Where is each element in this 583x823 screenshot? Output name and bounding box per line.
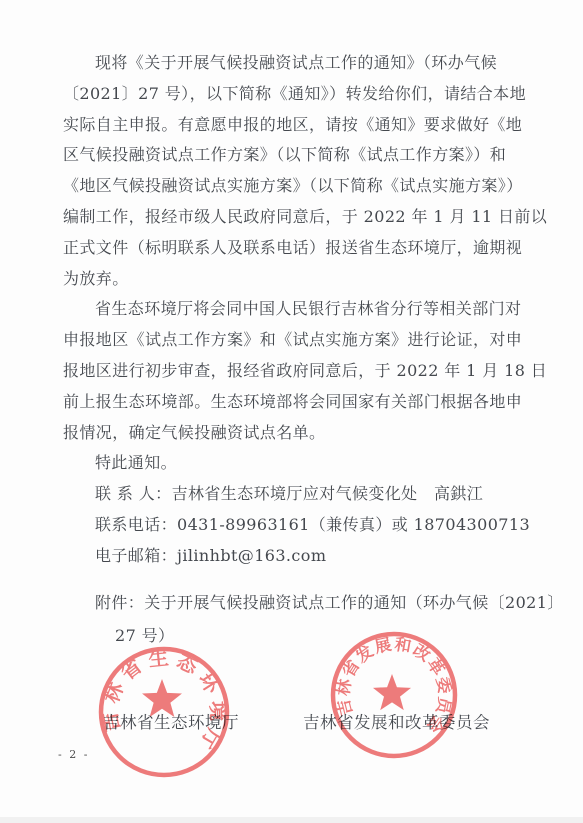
document-line: 《地区气候投融资试点实施方案》（以下简称《试点实施方案》） [63,171,523,202]
document-line: 电子邮箱：jilinhbt@163.com [63,541,523,572]
seal-arc-text: 吉林省生态环境厅 [97,645,230,754]
document-line: 报地区进行初步审查，报经省政府同意后，于 2022 年 1 月 18 日 [63,356,523,387]
document-line: 特此通知。 [63,448,523,479]
document-line: 为放弃。 [63,264,523,295]
document-line: 〔2021〕27 号），以下简称《通知》）转发给你们，请结合本地 [63,79,523,110]
page-number: - 2 - [58,748,89,761]
attachment-line-1: 附件：关于开展气候投融资试点工作的通知（环办气候〔2021〕 [63,586,564,619]
attachment-line-2: 27 号） [63,619,564,652]
document-line: 省生态环境厅将会同中国人民银行吉林省分行等相关部门对 [63,294,523,325]
document-line: 联系电话：0431-89963161（兼传真）或 18704300713 [63,510,523,541]
body-text: 现将《关于开展气候投融资试点工作的通知》（环办气候〔2021〕27 号），以下简… [63,48,523,572]
document-line: 正式文件（标明联系人及联系电话）报送省生态环境厅，逾期视 [63,233,523,264]
document-line: 编制工作，报经市级人民政府同意后，于 2022 年 1 月 11 日前以 [63,202,523,233]
document-line: 前上报生态环境部。生态环境部将会同国家有关部门根据各地申 [63,387,523,418]
document-line: 申报地区《试点工作方案》和《试点实施方案》进行论证，对申 [63,325,523,356]
star-icon [373,674,411,710]
scan-edge [0,817,583,823]
document-line: 现将《关于开展气候投融资试点工作的通知》（环办气候 [63,48,523,79]
signature-org-right: 吉林省发展和改革委员会 [303,709,490,733]
document-page: 现将《关于开展气候投融资试点工作的通知》（环办气候〔2021〕27 号），以下简… [0,0,583,823]
seal-ring [333,634,455,756]
document-line: 联 系 人：吉林省生态环境厅应对气候变化处 高鉷江 [63,479,523,510]
document-line: 区气候投融资试点工作方案》（以下简称《试点工作方案》）和 [63,140,523,171]
document-line: 报情况，确定气候投融资试点名单。 [63,418,523,449]
document-line: 实际自主申报。有意愿申报的地区，请按《通知》要求做好《地 [63,110,523,141]
attachment-block: 附件：关于开展气候投融资试点工作的通知（环办气候〔2021〕 27 号） [63,586,564,652]
signature-org-left: 吉林省生态环境厅 [103,709,239,733]
